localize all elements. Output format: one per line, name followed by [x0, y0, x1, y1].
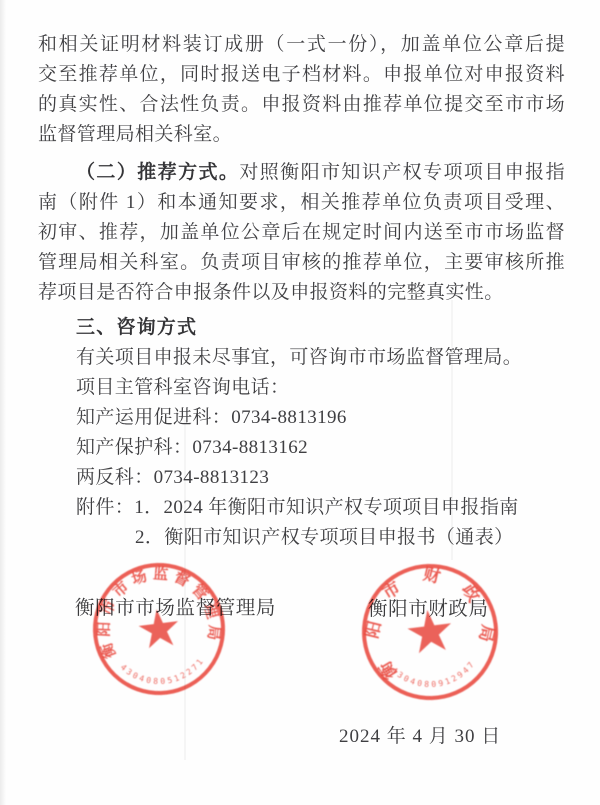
seal-arc-text: 衡阳市市场监督管理局 [87, 557, 226, 662]
attachment-label: 附件： [76, 497, 134, 518]
attachment-line-1: 附件：1．2024 年衡阳市知识产权专项项目申报指南 [38, 493, 565, 523]
seal-star-icon [137, 607, 181, 649]
phone-line-anti-dept: 两反科：0734-8813123 [38, 463, 565, 493]
body-line: 项目主管科室咨询电话： [38, 373, 565, 403]
body-line: （二）推荐方式。对照衡阳市知识产权专项项目申报指 [38, 158, 565, 188]
paragraph-lead-recommendation-method: （二）推荐方式。 [76, 162, 239, 183]
official-seal-market-supervision: 衡阳市市场监督管理局 4304080512271 [75, 545, 242, 712]
attachment-item-1: 1．2024 年衡阳市知识产权专项项目申报指南 [134, 497, 518, 518]
official-seal-finance-bureau: 衡阳市财政局 4304080912947 [346, 548, 513, 715]
seal-star-icon [406, 607, 455, 654]
phone-line-promotion-dept: 知产运用促进科：0734-8813196 [38, 403, 565, 433]
phone-line-protection-dept: 知产保护科：0734-8813162 [38, 433, 565, 463]
body-line: 交至推荐单位，同时报送电子档材料。申报单位对申报资料 [38, 60, 565, 90]
body-line: 和相关证明材料装订成册（一式一份），加盖单位公章后提 [38, 30, 565, 60]
body-line: 管理局相关科室。负责项目审核的推荐单位，主要审核所推 [38, 248, 565, 278]
body-line: 监督管理局相关科室。 [38, 120, 565, 150]
body-line: 南（附件 1）和本通知要求，相关推荐单位负责项目受理、 [38, 188, 565, 218]
body-line: 荐项目是否符合申报条件以及申报资料的完整真实性。 [38, 278, 565, 308]
body-line: 的真实性、合法性负责。申报资料由推荐单位提交至市市场 [38, 90, 565, 120]
document-page: 和相关证明材料装订成册（一式一份），加盖单位公章后提 交至推荐单位，同时报送电子… [0, 0, 600, 805]
document-body: 和相关证明材料装订成册（一式一份），加盖单位公章后提 交至推荐单位，同时报送电子… [38, 30, 565, 553]
body-line-text: 对照衡阳市知识产权专项项目申报指 [239, 162, 565, 183]
scan-edge-shadow [0, 0, 6, 805]
section-heading-consultation: 三、咨询方式 [38, 313, 565, 343]
body-line: 有关项目申报未尽事宜，可咨询市市场监督管理局。 [38, 343, 565, 373]
body-line: 初审、推荐，加盖单位公章后在规定时间内送至市市场监督 [38, 218, 565, 248]
issue-date: 2024 年 4 月 30 日 [339, 721, 501, 748]
